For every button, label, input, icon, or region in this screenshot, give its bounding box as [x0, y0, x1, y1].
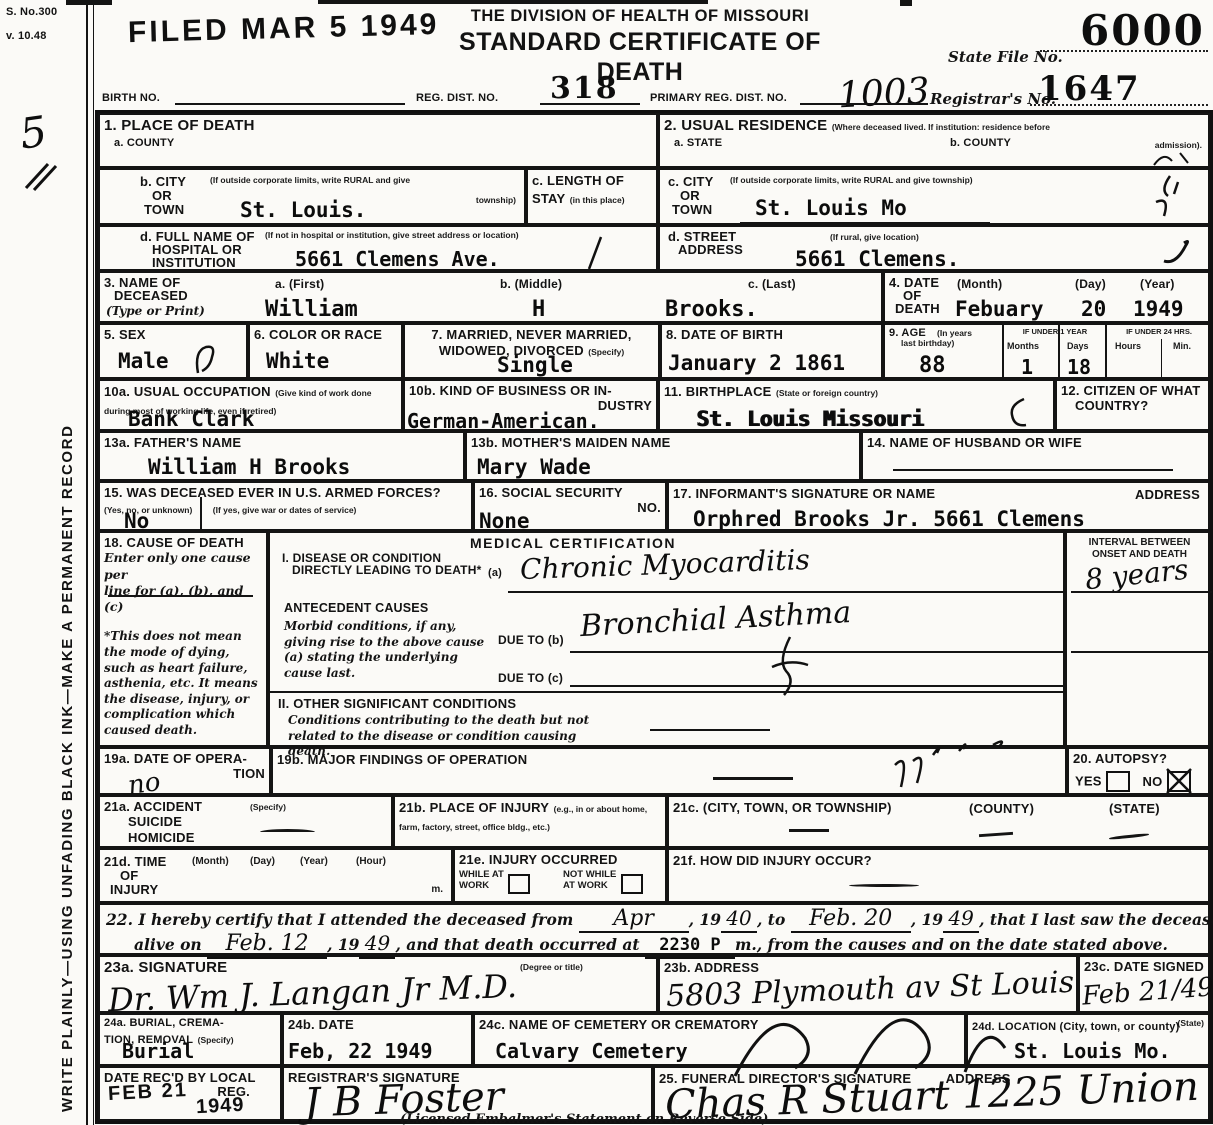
field-father-name: 13a. FATHER'S NAME William H Brooks	[98, 431, 465, 481]
handwritten-signature: Dr. Wm J. Langan Jr M.D.	[108, 970, 518, 1016]
blank-line	[650, 729, 770, 731]
value-middle-name: H	[532, 299, 545, 321]
label-day: (Day)	[1075, 277, 1106, 291]
certify-line1: 22. I hereby certify that I attended the…	[106, 908, 1202, 933]
label-not-while-at-work: NOT WHILEAT WORK	[563, 870, 616, 892]
blank-line	[893, 469, 1173, 471]
label2: DECEASED	[114, 288, 188, 303]
checkbox-while-at-work	[508, 874, 530, 894]
label: 13a. FATHER'S NAME	[104, 435, 459, 450]
value-underline	[740, 222, 990, 224]
birth-no-label: BIRTH NO.	[102, 92, 160, 105]
label-m: m.	[431, 884, 443, 896]
field-date-of-operation: 19a. DATE OF OPERA- TION no	[98, 747, 271, 795]
label-county: a. COUNTY	[114, 137, 652, 150]
field-length-of-stay: c. LENGTH OF STAY (in this place)	[526, 168, 658, 225]
label-min: Min.	[1173, 341, 1191, 351]
divider	[1161, 339, 1162, 381]
label-due-c: DUE TO (c)	[498, 671, 563, 685]
label: 2. USUAL RESIDENCE	[664, 117, 827, 134]
fill-attended-from: Apr	[579, 908, 689, 933]
label: 21e. INJURY OCCURRED	[459, 852, 661, 867]
label-antecedent: ANTECEDENT CAUSES	[284, 601, 428, 616]
label: 8. DATE OF BIRTH	[666, 327, 877, 342]
label-state: (STATE)	[1109, 801, 1160, 816]
label: 24a. BURIAL, CREMA-	[104, 1017, 276, 1030]
field-birthplace: 11. BIRTHPLACE (State or foreign country…	[658, 379, 1055, 431]
value-race: White	[266, 351, 329, 372]
form-title-line1: THE DIVISION OF HEALTH OF MISSOURI	[425, 7, 855, 26]
label-hint: (Specify)	[198, 1035, 234, 1045]
value-death-year: 1949	[1133, 299, 1184, 320]
label-city-hint: (If outside corporate limits, write RURA…	[210, 176, 460, 186]
field-husband-or-wife: 14. NAME OF HUSBAND OR WIFE	[861, 431, 1210, 481]
label: 21f. HOW DID INJURY OCCUR?	[673, 853, 872, 868]
label: 18. CAUSE OF DEATH	[104, 535, 262, 550]
value-marital-status: Single	[497, 355, 573, 376]
field-age: 9. AGE (In years last birthday) 88 IF UN…	[883, 323, 1210, 379]
label-town: TOWN	[144, 202, 184, 217]
label2: STAY	[532, 191, 565, 206]
primary-reg-line	[800, 103, 928, 105]
label3: HOMICIDE	[128, 830, 387, 845]
field-time-of-injury: 21d. TIME OF INJURY (Month) (Day) (Year)…	[98, 848, 453, 903]
handwritten-dash	[260, 829, 315, 832]
field-burial-date: 24b. DATE Feb, 22 1949	[282, 1013, 473, 1066]
field-social-security: 16. SOCIAL SECURITY NO. None	[473, 481, 667, 531]
field-marital-status: 7. MARRIED, NEVER MARRIED, WIDOWED, DIVO…	[403, 323, 660, 379]
label3: INJURY	[110, 882, 158, 897]
label: 23c. DATE SIGNED	[1084, 959, 1204, 974]
value-hospital: 5661 Clemens Ave.	[295, 249, 500, 269]
handwritten-margin-number: 5	[17, 110, 49, 155]
handwritten-scribble	[190, 343, 220, 377]
label: 10a. USUAL OCCUPATION	[104, 384, 271, 399]
divider	[270, 691, 1067, 693]
reg-dist-number: 318	[550, 74, 619, 104]
field-informant: 17. INFORMANT'S SIGNATURE OR NAME ADDRES…	[667, 481, 1210, 531]
value-last-name: Brooks.	[665, 299, 758, 321]
label-under-24-hrs: IF UNDER 24 HRS.	[1109, 328, 1209, 337]
label: 21a. ACCIDENT	[104, 799, 387, 814]
birth-no-line	[175, 103, 405, 105]
label2: ADDRESS	[678, 242, 743, 257]
value-informant: Orphred Brooks Jr. 5661 Clemens	[693, 509, 1085, 530]
primary-reg-dist-label: PRIMARY REG. DIST. NO.	[650, 92, 787, 105]
handwritten-scribble	[1150, 172, 1190, 224]
label3: DEATH	[895, 301, 940, 316]
label2: SUICIDE	[128, 814, 387, 829]
field-medical-certification: MEDICAL CERTIFICATION I. DISEASE OR COND…	[268, 531, 1065, 747]
label: 7. MARRIED, NEVER MARRIED,	[409, 327, 654, 342]
field-major-findings: 19b. MAJOR FINDINGS OF OPERATION	[271, 747, 1067, 795]
label-day: (Day)	[250, 856, 275, 868]
label: 6. COLOR OR RACE	[254, 327, 397, 342]
field-city-of-residence: c. CITY OR TOWN (If outside corporate li…	[658, 168, 1210, 225]
label: 23a. SIGNATURE	[104, 959, 227, 976]
checkbox-not-while-at-work	[621, 874, 643, 894]
field-armed-forces: 15. WAS DECEASED EVER IN U.S. ARMED FORC…	[98, 481, 473, 531]
registrar-no-line	[1030, 104, 1208, 106]
fill-attended-to: Feb. 20	[791, 908, 911, 933]
registrar-number: 1647	[1038, 72, 1141, 106]
label: 21c. (CITY, TOWN, OR TOWNSHIP)	[673, 800, 892, 815]
note: *This does not mean the mode of dying, s…	[104, 629, 262, 738]
label-year: (Year)	[1140, 277, 1175, 291]
label-year: (Year)	[300, 856, 328, 868]
label-state: (State)	[1178, 1019, 1204, 1029]
checkbox-autopsy-no	[1167, 771, 1191, 792]
value-sex: Male	[118, 351, 169, 372]
value-age-months: 1	[1021, 357, 1033, 377]
label-hint: (Where deceased lived. If institution: r…	[832, 122, 1050, 132]
label: 21b. PLACE OF INJURY	[399, 800, 549, 815]
label-due-b: DUE TO (b)	[498, 633, 564, 647]
value-armed-forces: No	[124, 511, 149, 532]
fill-from-year: 40	[721, 908, 757, 933]
death-certificate-scan: { "margin": { "code1": "S. No.300", "cod…	[0, 0, 1213, 1125]
field-color-or-race: 6. COLOR OR RACE White	[248, 323, 403, 379]
handwritten-dash	[789, 829, 829, 832]
label: 19b. MAJOR FINDINGS OF OPERATION	[277, 752, 527, 767]
checkbox-autopsy-yes	[1106, 771, 1130, 792]
field-cause-of-death-instructions: 18. CAUSE OF DEATH Enter only one cause …	[98, 531, 268, 747]
label-month: (Month)	[957, 277, 1002, 291]
label-other-conditions: II. OTHER SIGNIFICANT CONDITIONS	[278, 696, 516, 711]
label-hint: (If not in hospital or institution, give…	[265, 231, 519, 241]
line	[1071, 591, 1212, 593]
label-days: Days	[1067, 341, 1089, 351]
divider	[1105, 325, 1107, 381]
handwritten-scribble	[873, 735, 1053, 795]
value-age-years: 88	[919, 355, 946, 377]
label-yes: YES	[1075, 774, 1102, 789]
field-accident-suicide-homicide: 21a. ACCIDENT SUICIDE HOMICIDE (Specify)	[98, 795, 393, 848]
value-street-address: 5661 Clemens.	[795, 249, 959, 270]
handwritten-cause-a: Chronic Myocarditis	[520, 546, 811, 584]
label-hint2: (If yes, give war or dates of service)	[213, 505, 357, 515]
label-disease-a: (a)	[488, 567, 502, 580]
handwritten-dash	[1109, 833, 1149, 840]
label-hint: (in this place)	[570, 195, 625, 205]
label: c. LENGTH OF	[532, 173, 624, 188]
field-injury-occurred: 21e. INJURY OCCURRED WHILE ATWORK NOT WH…	[453, 848, 667, 903]
field-street-address: d. STREET ADDRESS (If rural, give locati…	[658, 225, 1210, 271]
value-death-day: 20	[1081, 299, 1106, 320]
label-disease2: DIRECTLY LEADING TO DEATH*	[292, 563, 481, 577]
label: 12. CITIZEN OF WHAT	[1061, 383, 1204, 398]
field-certification-statement: 22. I hereby certify that I attended the…	[98, 903, 1210, 955]
state-file-line	[1040, 50, 1208, 52]
reg-dist-line	[540, 103, 640, 105]
handwritten-dash	[713, 777, 793, 780]
line	[1071, 651, 1212, 653]
value-death-month: Febuary	[955, 299, 1044, 320]
value-age-days: 18	[1067, 357, 1091, 377]
label-hint: (Specify)	[588, 347, 624, 357]
field-how-injury-occurred: 21f. HOW DID INJURY OCCUR?	[667, 848, 1210, 903]
label-county: (COUNTY)	[969, 801, 1034, 816]
label-hint: (Degree or title)	[520, 963, 583, 973]
handwritten-slash	[585, 235, 605, 271]
label-address: ADDRESS	[1135, 487, 1200, 502]
instruction1: Enter only one cause per	[104, 550, 262, 583]
handwritten-dash	[849, 884, 919, 887]
handwritten-primary-reg-dist: 1003	[837, 74, 930, 115]
certificate-form: 1. PLACE OF DEATH a. COUNTY 2. USUAL RES…	[95, 110, 1213, 1124]
field-date-signed: 23c. DATE SIGNED Feb 21/49	[1078, 955, 1210, 1013]
value-burial-location: St. Louis Mo.	[1014, 1041, 1171, 1061]
value-birthplace: St. Louis Missouri	[696, 409, 924, 430]
value-ssn: None	[479, 511, 530, 532]
field-name-of-deceased: 3. NAME OF DECEASED (Type or Print) a. (…	[98, 271, 883, 323]
reg-dist-label: REG. DIST. NO.	[416, 92, 498, 105]
label: 19a. DATE OF OPERA-	[104, 751, 265, 766]
fill-to-year: 49	[943, 908, 979, 933]
label: 5. SEX	[104, 327, 242, 342]
label-hour: (Hour)	[356, 856, 386, 868]
field-date-of-death: 4. DATE OF DEATH (Month) (Day) (Year) Fe…	[883, 271, 1210, 323]
label-while-at-work: WHILE ATWORK	[459, 870, 504, 892]
value-burial: Burial	[122, 1041, 194, 1061]
label-city-hint: (If outside corporate limits, write RURA…	[730, 176, 973, 186]
handwritten-flourish	[715, 1008, 1015, 1078]
instruction2: line for (a), (b), and (c)	[104, 583, 262, 616]
scan-artifact	[318, 0, 708, 4]
label: 1. PLACE OF DEATH	[104, 117, 652, 135]
checkbox-x-mark	[1165, 767, 1193, 795]
value-mother-name: Mary Wade	[477, 457, 591, 478]
label: 16. SOCIAL SECURITY	[479, 485, 661, 500]
label-hint: (Specify)	[250, 803, 286, 813]
field-occupation: 10a. USUAL OCCUPATION (Give kind of work…	[98, 379, 403, 431]
label: 11. BIRTHPLACE	[664, 384, 772, 399]
value-business: German-American.	[407, 411, 600, 431]
field-interval-onset-death: INTERVAL BETWEEN ONSET AND DEATH 8 years	[1065, 531, 1210, 747]
form-code-line1: S. No.300	[6, 6, 57, 19]
label-months: Months	[1007, 341, 1039, 351]
label-no: NO	[1143, 774, 1163, 789]
handwritten-slash-marks	[22, 160, 62, 190]
handwritten-scribble	[1150, 149, 1190, 169]
label-month: (Month)	[192, 856, 229, 868]
state-file-number: 6000	[1080, 10, 1205, 52]
field-city-of-death: b. CITY OR TOWN (If outside corporate li…	[98, 168, 526, 225]
label: 20. AUTOPSY?	[1073, 751, 1204, 766]
label: 13b. MOTHER'S MAIDEN NAME	[471, 435, 855, 450]
value-first-name: William	[265, 299, 358, 321]
handwritten-dash	[979, 832, 1013, 837]
label3: (Type or Print)	[106, 304, 205, 320]
field-business-industry: 10b. KIND OF BUSINESS OR IN- DUSTRY Germ…	[403, 379, 658, 431]
field-burial-type: 24a. BURIAL, CREMA- TION, REMOVAL (Speci…	[98, 1013, 282, 1066]
handwritten-scribble	[1160, 237, 1196, 267]
divider	[200, 497, 202, 533]
label-county: b. COUNTY	[950, 137, 1011, 150]
margin-double-rule	[86, 0, 94, 1125]
label-last: c. (Last)	[748, 277, 796, 291]
divider	[1002, 325, 1004, 381]
value-city-of-residence: St. Louis Mo	[755, 198, 907, 219]
divider	[108, 595, 253, 597]
label-hint: (State or foreign country)	[776, 388, 878, 398]
label: 15. WAS DECEASED EVER IN U.S. ARMED FORC…	[104, 485, 467, 500]
label: 23b. ADDRESS	[664, 960, 759, 975]
form-title-line2: STANDARD CERTIFICATE OF DEATH	[425, 28, 855, 87]
label-hint2: last birthday)	[901, 339, 954, 349]
scan-artifact	[900, 0, 912, 6]
label2: COUNTRY?	[1075, 398, 1204, 413]
line-cause-a	[508, 591, 1063, 593]
label1: INTERVAL BETWEEN	[1067, 537, 1212, 549]
label-under-1-year: IF UNDER 1 YEAR	[1005, 328, 1105, 337]
field-citizen-country: 12. CITIZEN OF WHAT COUNTRY?	[1055, 379, 1210, 431]
value-city-of-death: St. Louis.	[240, 200, 366, 221]
field-autopsy: 20. AUTOPSY? YES NO	[1067, 747, 1210, 795]
value-burial-date: Feb, 22 1949	[288, 1041, 433, 1061]
field-physician-address: 23b. ADDRESS 5803 Plymouth av St Louis	[658, 955, 1078, 1013]
value-occupation: Bank Clark	[128, 409, 254, 430]
field-date-of-birth: 8. DATE OF BIRTH January 2 1861	[660, 323, 883, 379]
field-hospital: d. FULL NAME OF HOSPITAL OR INSTITUTION …	[98, 225, 658, 271]
received-date-stamp1: FEB 21	[108, 1080, 189, 1104]
field-date-received: DATE REC'D BY LOCAL REG. FEB 21 1949	[98, 1066, 282, 1121]
field-physician-signature: 23a. SIGNATURE (Degree or title) Dr. Wm …	[98, 955, 658, 1013]
handwritten-scribble	[1000, 395, 1034, 431]
field-place-of-death: 1. PLACE OF DEATH a. COUNTY	[98, 113, 658, 168]
label: 17. INFORMANT'S SIGNATURE OR NAME	[673, 486, 935, 501]
label: 14. NAME OF HUSBAND OR WIFE	[867, 435, 1204, 450]
label-middle: b. (Middle)	[500, 277, 562, 291]
label-hours: Hours	[1115, 341, 1141, 351]
field-injury-location: 21c. (CITY, TOWN, OR TOWNSHIP) (COUNTY) …	[667, 795, 1210, 848]
label-state: a. STATE	[674, 137, 722, 150]
label-city-hint2: township)	[476, 196, 516, 206]
label-morbid: Morbid conditions, if any, giving rise t…	[284, 619, 496, 681]
label3: INSTITUTION	[152, 255, 236, 270]
label: 10b. KIND OF BUSINESS OR IN-	[409, 383, 652, 398]
value-father-name: William H Brooks	[148, 457, 350, 478]
field-usual-residence: 2. USUAL RESIDENCE (Where deceased lived…	[658, 113, 1210, 168]
form-code-line2: v. 10.48	[6, 30, 47, 43]
label-town: TOWN	[672, 202, 712, 217]
label: 24b. DATE	[288, 1017, 467, 1032]
filed-date-stamp: FILED MAR 5 1949	[128, 10, 440, 48]
value-date-of-birth: January 2 1861	[668, 353, 845, 374]
handwritten-date-signed: Feb 21/49	[1081, 974, 1213, 1009]
label-first: a. (First)	[275, 277, 324, 291]
field-place-of-injury: 21b. PLACE OF INJURY (e.g., in or about …	[393, 795, 667, 848]
margin-vertical-instruction: WRITE PLAINLY—USING UNFADING BLACK INK—M…	[60, 197, 75, 1112]
label-hint: (If rural, give location)	[830, 233, 919, 243]
field-mother-maiden-name: 13b. MOTHER'S MAIDEN NAME Mary Wade	[465, 431, 861, 481]
received-date-stamp2: 1949	[196, 1095, 245, 1118]
value-cemetery: Calvary Cemetery	[495, 1041, 688, 1061]
field-sex: 5. SEX Male	[98, 323, 248, 379]
handwritten-interval: 8 years	[1084, 556, 1190, 595]
footer-note: (Licensed Embalmer's Statement on Revers…	[400, 1112, 768, 1125]
